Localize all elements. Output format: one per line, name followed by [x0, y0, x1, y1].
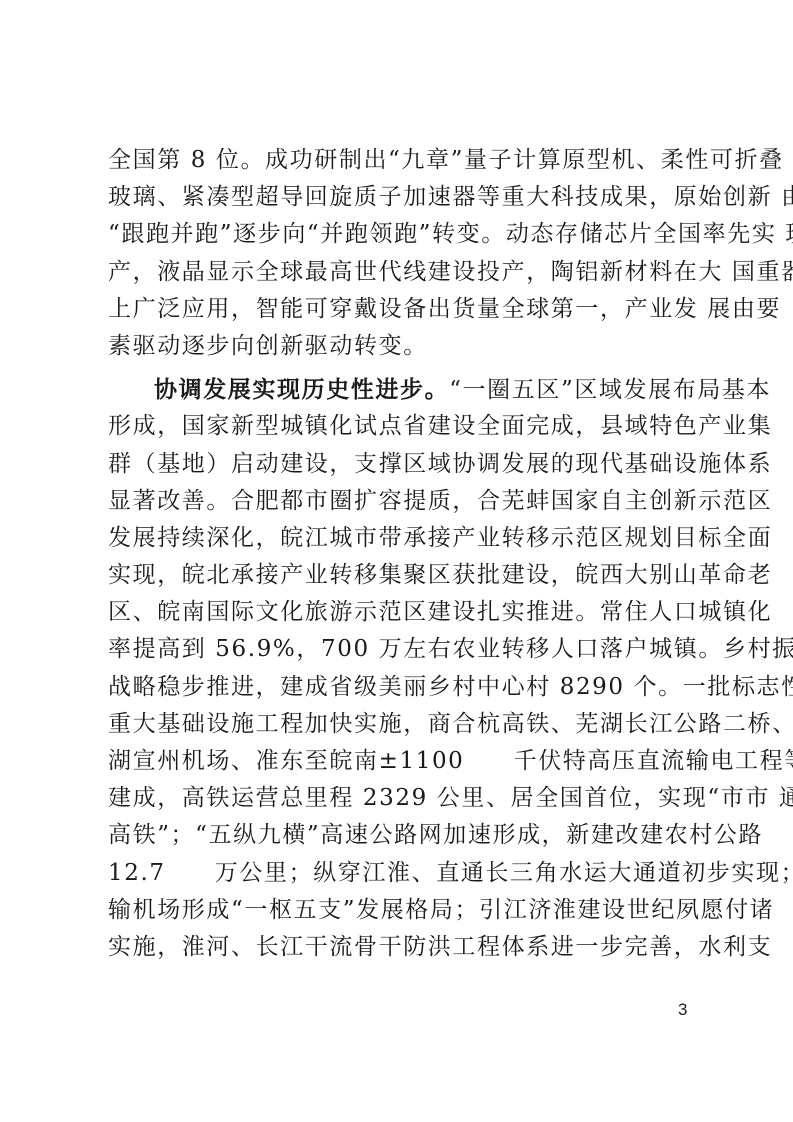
text-line: 12.7 万公里；纵穿江淮、直通长三角水运大通道初步实现；运 [108, 855, 698, 892]
text-line: 显著改善。合肥都市圈扩容提质，合芜蚌国家自主创新示范区 [108, 483, 698, 520]
text-line: 全国第 8 位。成功研制出“九章”量子计算原型机、柔性可折叠 [108, 142, 698, 179]
text-line: 战略稳步推进，建成省级美丽乡村中心村 8290 个。一批标志性 [108, 669, 698, 706]
text-line: 高铁”；“五纵九横”高速公路网加速形成，新建改建农村公路 [108, 817, 698, 854]
text-line: 素驱动逐步向创新驱动转变。 [108, 328, 698, 365]
text-line: “跟跑并跑”逐步向“并跑领跑”转变。动态存储芯片全国率先实 现量 [108, 216, 698, 253]
text-line: 重大基础设施工程加快实施，商合杭高铁、芜湖长江公路二桥、 芜 [108, 706, 698, 743]
text-line: 建成，高铁运营总里程 2329 公里、居全国首位，实现“市市 通 [108, 780, 698, 817]
paragraph-heading: 协调发展实现历史性进步。 [154, 376, 449, 403]
text-line: 形成，国家新型城镇化试点省建设全面完成，县域特色产业集 [108, 408, 698, 445]
text-line: 发展持续深化，皖江城市带承接产业转移示范区规划目标全面 [108, 520, 698, 557]
text-run: “一圈五区”区域发展布局基本 [449, 377, 771, 403]
text-line: 率提高到 56.9%，700 万左右农业转移人口落户城镇。乡村振兴 [108, 631, 698, 668]
document-body: 全国第 8 位。成功研制出“九章”量子计算原型机、柔性可折叠 玻璃、紧凑型超导回… [108, 142, 698, 966]
page-number: 3 [678, 1000, 687, 1020]
document-page: 全国第 8 位。成功研制出“九章”量子计算原型机、柔性可折叠 玻璃、紧凑型超导回… [0, 0, 793, 1122]
text-line: 实现，皖北承接产业转移集聚区获批建设，皖西大别山革命老 [108, 557, 698, 594]
text-line: 上广泛应用，智能可穿戴设备出货量全球第一，产业发 展由要 [108, 291, 698, 328]
text-line: 群（基地）启动建设，支撑区域协调发展的现代基础设施体系 [108, 446, 698, 483]
text-line: 区、皖南国际文化旅游示范区建设扎实推进。常住人口城镇化 [108, 594, 698, 631]
text-line: 实施，淮河、长江干流骨干防洪工程体系进一步完善，水利支 [108, 929, 698, 966]
text-line: 湖宣州机场、准东至皖南±1100 千伏特高压直流输电工程等顺 利 [108, 743, 698, 780]
text-line: 玻璃、紧凑型超导回旋质子加速器等重大科技成果，原始创新 由 [108, 179, 698, 216]
paragraph-coordinated-development: 协调发展实现历史性进步。“一圈五区”区域发展布局基本 形成，国家新型城镇化试点省… [108, 371, 698, 966]
text-line: 产，液晶显示全球最高世代线建设投产，陶铝新材料在大 国重器 [108, 254, 698, 291]
text-line-first: 协调发展实现历史性进步。“一圈五区”区域发展布局基本 [108, 371, 698, 408]
text-line: 输机场形成“一枢五支”发展格局；引江济淮建设世纪夙愿付诸 [108, 892, 698, 929]
paragraph-innovation: 全国第 8 位。成功研制出“九章”量子计算原型机、柔性可折叠 玻璃、紧凑型超导回… [108, 142, 698, 365]
